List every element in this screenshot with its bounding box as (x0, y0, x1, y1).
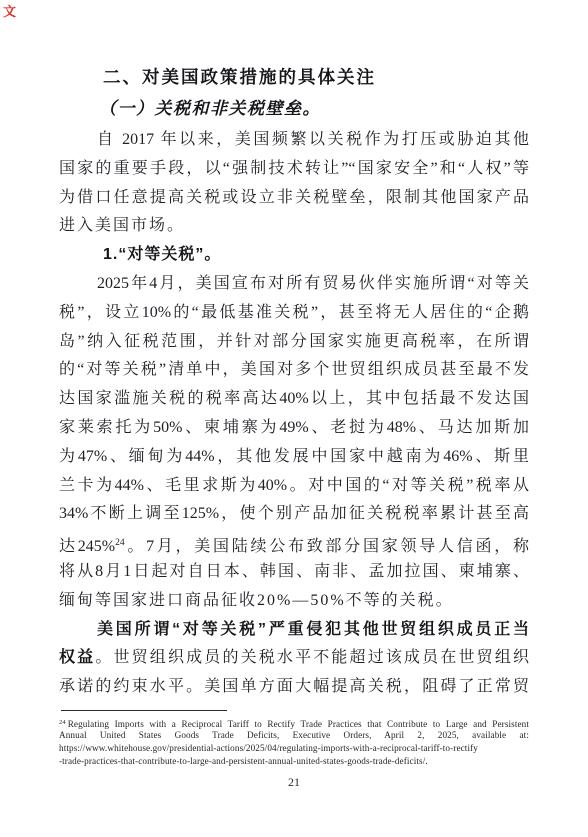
paragraph-intro: 自 2017 年以来，美国频繁以关税作为打压或胁迫其他 国家的重要手段，以“强制… (59, 126, 529, 241)
footnote-text: Regulating Imports with a Reciprocal Tar… (68, 719, 529, 729)
text-line-bold: 美国所谓“对等关税”严重侵犯其他世贸组织成员正当 (59, 616, 529, 645)
footnote: 24Regulating Imports with a Reciprocal T… (59, 716, 529, 768)
page-content: 二、对美国政策措施的具体关注 （一）关税和非关税壁垒。 自 2017 年以来，美… (59, 62, 529, 790)
text-line: 缅甸等国家进口商品征收20%—50%不等的关税。 (59, 587, 529, 616)
document-page: 文 二、对美国政策措施的具体关注 （一）关税和非关税壁垒。 自 2017 年以来… (0, 0, 588, 837)
item-heading: 1.“对等关税”。 (59, 241, 529, 270)
footnote-url-line: https://www.whitehouse.gov/presidential-… (59, 742, 529, 755)
text-line: 承诺的约束水平。美国单方面大幅提高关税，阻碍了正常贸 (59, 673, 529, 702)
footnote-url-line: -trade-practices-that-contribute-to-larg… (59, 755, 529, 768)
text-line: 进入美国市场。 (59, 212, 529, 241)
text-run: 。世贸组织成员的关税水平不能超过该成员在世贸组织 (95, 649, 529, 666)
text-line: 34%不断上调至125%，使个别产品加征关税税率累计甚至高 (59, 500, 529, 529)
footnote-marker: 24 (59, 719, 66, 726)
text-line: 将从8月1日起对自日本、韩国、南非、孟加拉国、柬埔寨、 (59, 558, 529, 587)
corner-mark: 文 (3, 1, 16, 20)
footnote-divider (61, 710, 227, 711)
footnote-line: Annual United States Goods Trade Deficit… (59, 729, 529, 742)
text-line: 兰卡为44%、毛里求斯为40%。对中国的“对等关税”税率从 (59, 472, 529, 501)
section-heading: 二、对美国政策措施的具体关注 (59, 62, 529, 92)
text-line: 权益。世贸组织成员的关税水平不能超过该成员在世贸组织 (59, 644, 529, 673)
text-line: 2025年4月，美国宣布对所有贸易伙伴实施所谓“对等关 (59, 270, 529, 299)
text-run: 。7月，美国陆续公布致部分国家领导人信函，称 (125, 538, 529, 555)
footnote-ref: 24 (115, 538, 125, 548)
text-line: 岛”纳入征税范围，并针对部分国家实施更高税率，在所谓 (59, 328, 529, 357)
text-line: 家莱索托为50%、柬埔寨为49%、老挝为48%、马达加斯加 (59, 414, 529, 443)
paragraph-emphasis: 美国所谓“对等关税”严重侵犯其他世贸组织成员正当 权益。世贸组织成员的关税水平不… (59, 616, 529, 702)
text-line-with-footnote-ref: 达245%24。7月，美国陆续公布致部分国家领导人信函，称 (59, 529, 529, 558)
paragraph-reciprocal-tariff: 2025年4月，美国宣布对所有贸易伙伴实施所谓“对等关 税”，设立10%的“最低… (59, 270, 529, 616)
text-line: 税”，设立10%的“最低基准关税”，甚至将无人居住的“企鹅 (59, 299, 529, 328)
text-line: 自 2017 年以来，美国频繁以关税作为打压或胁迫其他 (59, 126, 529, 155)
page-number: 21 (59, 775, 529, 790)
text-line: 的“对等关税”清单中，美国对多个世贸组织成员甚至最不发 (59, 356, 529, 385)
subsection-heading: （一）关税和非关税壁垒。 (59, 94, 529, 124)
text-run: 达245% (59, 538, 115, 555)
text-run-bold: 权益 (59, 649, 95, 666)
text-line: 达国家滥施关税的税率高达40%以上，其中包括最不发达国 (59, 385, 529, 414)
text-line: 为借口任意提高关税或设立非关税壁垒，限制其他国家产品 (59, 184, 529, 213)
text-line: 国家的重要手段，以“强制技术转让”“国家安全”和“人权”等 (59, 155, 529, 184)
text-line: 为47%、缅甸为44%，其他发展中国家中越南为46%、斯里 (59, 443, 529, 472)
footnote-line: 24Regulating Imports with a Reciprocal T… (59, 716, 529, 729)
